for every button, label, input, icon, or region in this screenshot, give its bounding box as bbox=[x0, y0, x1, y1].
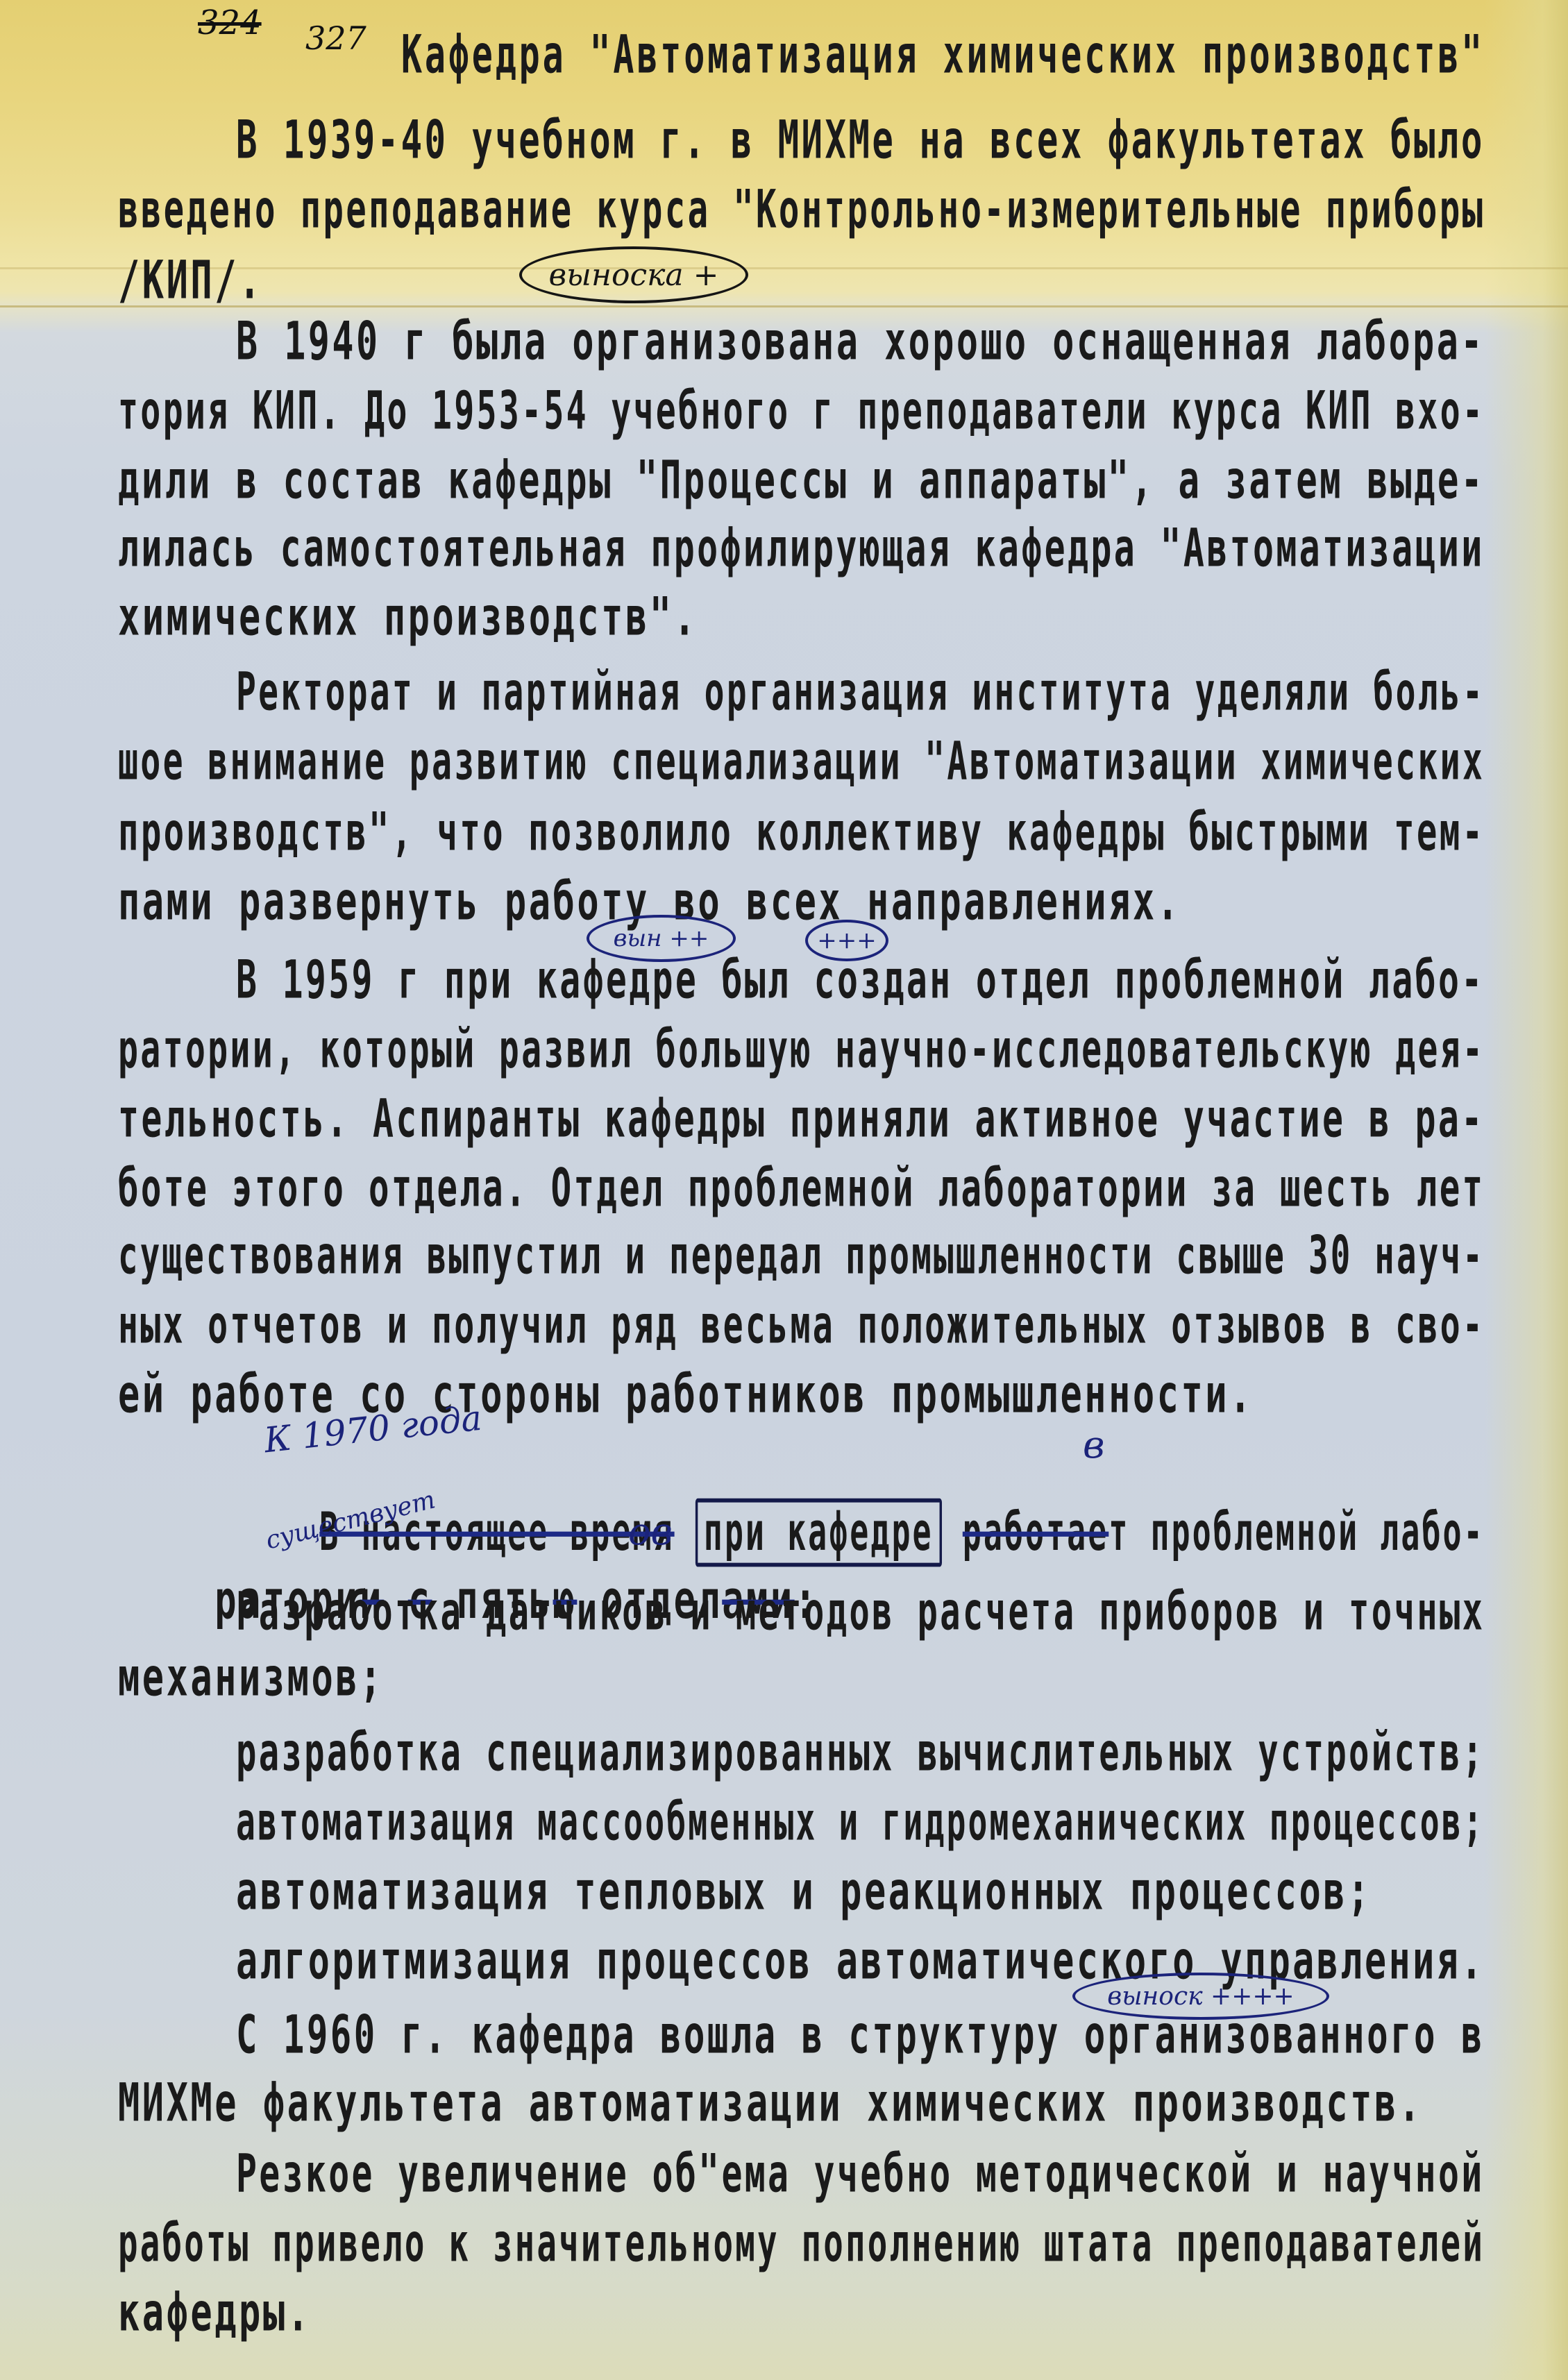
page-number-struck: 324 bbox=[198, 3, 262, 42]
text-line: боте этого отдела. Отдел проблемной лабо… bbox=[118, 1163, 1485, 1215]
text-line: МИХМе факультета автоматизации химически… bbox=[118, 2077, 1423, 2129]
text-line: В 1940 г была организована хорошо оснаще… bbox=[236, 316, 1485, 368]
text-line: /КИП/. bbox=[118, 255, 263, 307]
annotation-text: вын ++ bbox=[614, 925, 709, 952]
text-line: лилась самостоятельная профилирующая каф… bbox=[118, 523, 1485, 575]
list-item: Разработка датчиков и методов расчета пр… bbox=[236, 1586, 1485, 1638]
text-line: существования выпустил и передал промышл… bbox=[118, 1230, 1485, 1282]
text-line: В 1959 г при кафедре был создан отдел пр… bbox=[236, 954, 1485, 1006]
text-line: кафедры. bbox=[118, 2287, 311, 2339]
struck-text: работае bbox=[963, 1503, 1109, 1563]
text-line: С 1960 г. кафедра вошла в структуру орга… bbox=[236, 2009, 1485, 2061]
text-line: ных отчетов и получил ряд весьма положит… bbox=[118, 1299, 1485, 1351]
page-title: Кафедра "Автоматизация химических произв… bbox=[401, 29, 1485, 81]
text-line: производств", что позволило коллективу к… bbox=[118, 807, 1485, 859]
text-line: тельность. Аспиранты кафедры приняли акт… bbox=[118, 1093, 1485, 1145]
text-line: дили в состав кафедры "Процессы и аппара… bbox=[118, 455, 1485, 507]
text-line: тория КИП. До 1953-54 учебного г препода… bbox=[118, 385, 1485, 437]
text-line: ей работе со стороны работников промышле… bbox=[118, 1369, 1254, 1421]
text-line: химических производств". bbox=[118, 591, 698, 643]
list-item: автоматизация массообменных и гидромехан… bbox=[236, 1796, 1485, 1848]
text-line: В 1939-40 учебном г. в МИХМе на всех фак… bbox=[236, 115, 1485, 167]
text-line: шое внимание развитию специализации "Авт… bbox=[118, 736, 1485, 788]
text-line: Ректорат и партийная организация институ… bbox=[236, 666, 1485, 718]
text-line: работы привело к значительному пополнени… bbox=[118, 2218, 1485, 2270]
list-item: автоматизация тепловых и реакционных про… bbox=[236, 1866, 1372, 1918]
page-number: 327 bbox=[305, 19, 366, 57]
text-line: ратории, который развил большую научно-и… bbox=[118, 1024, 1485, 1076]
annotation-callout-1: выноска + bbox=[519, 246, 748, 303]
text-line: Резкое увеличение об"ема учебно методиче… bbox=[236, 2148, 1485, 2200]
list-item: разработка специализированных вычислител… bbox=[236, 1727, 1485, 1779]
list-item-continuation: механизмов; bbox=[118, 1652, 384, 1704]
text-span: т проблемной лабо- bbox=[1108, 1503, 1484, 1563]
handwritten-correction: ов bbox=[628, 1510, 673, 1553]
annotation-text: выноска + bbox=[549, 258, 719, 293]
text-line: введено преподавание курса "Контрольно-и… bbox=[118, 184, 1485, 236]
list-item: алгоритмизация процессов автоматического… bbox=[236, 1935, 1485, 1987]
